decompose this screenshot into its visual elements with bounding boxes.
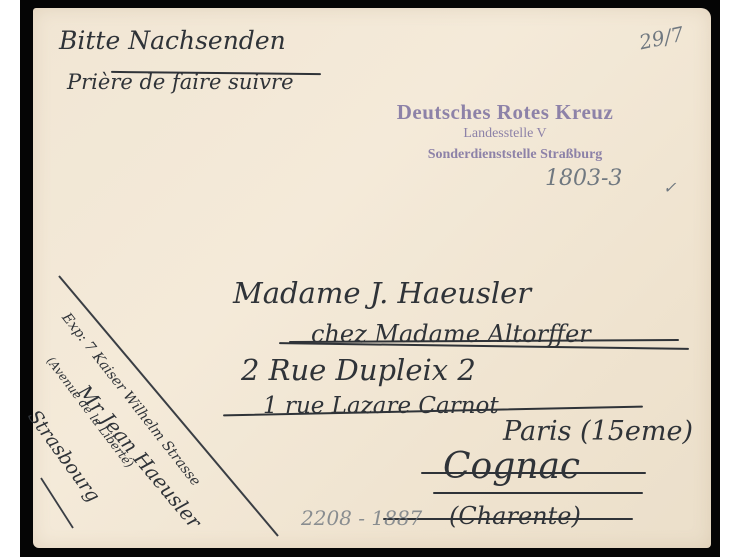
envelope: Bitte Nachsenden Prière de faire suivre … — [33, 8, 711, 548]
